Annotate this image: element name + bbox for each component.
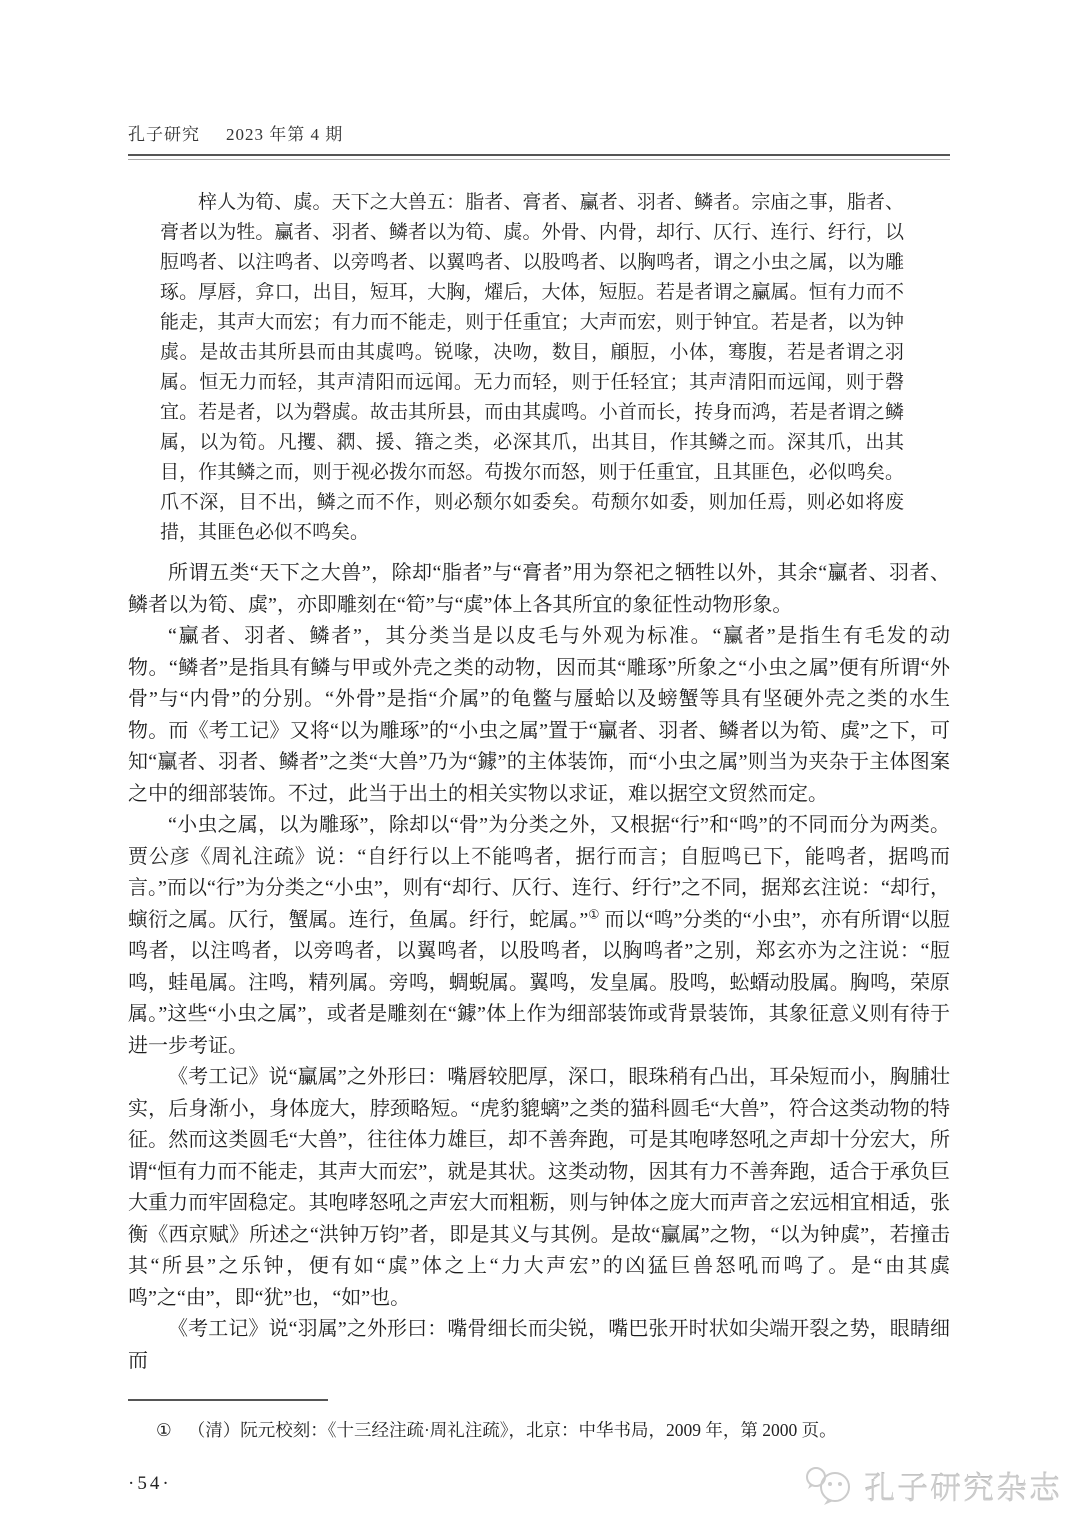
footnote-text: （清）阮元校刻：《十三经注疏·周礼注疏》，北京：中华书局，2009 年，第 20… <box>188 1420 837 1440</box>
journal-header: 孔子研究2023 年第 4 期 <box>128 120 950 145</box>
paragraph-1: 所谓五类“天下之大兽”，除却“脂者”与“膏者”用为祭祀之牺牲以外，其余“臝者、羽… <box>128 558 950 621</box>
footnote-marker: ① <box>156 1420 172 1440</box>
journal-page: 孔子研究2023 年第 4 期 梓人为筍、虡。天下之大兽五：脂者、膏者、臝者、羽… <box>0 0 1080 1526</box>
header-rule <box>128 154 950 160</box>
paragraph-4: 《考工记》说“臝属”之外形曰：嘴唇较肥厚，深口，眼珠稍有凸出，耳朵短而小，胸脯壮… <box>128 1062 950 1314</box>
journal-title: 孔子研究 <box>128 125 200 144</box>
paragraph-5: 《考工记》说“羽属”之外形曰：嘴骨细长而尖锐，嘴巴张开时状如尖端开裂之势，眼睛细… <box>128 1314 950 1377</box>
watermark-text: 孔子研究杂志 <box>864 1463 1062 1508</box>
issue-info: 2023 年第 4 期 <box>226 125 343 144</box>
footnote-ref-1: ① <box>588 907 599 921</box>
paragraph-2: “臝者、羽者、鳞者”，其分类当是以皮毛与外观为标准。“臝者”是指生有毛发的动物。… <box>128 621 950 810</box>
paragraph-3: “小虫之属，以为雕琢”，除却以“骨”为分类之外，又根据“行”和“鸣”的不同而分为… <box>128 810 950 1062</box>
watermark: 孔子研究杂志 <box>804 1463 1062 1508</box>
blockquote-kaogongji: 梓人为筍、虡。天下之大兽五：脂者、膏者、臝者、羽者、鳞者。宗庙之事，脂者、膏者以… <box>160 188 904 548</box>
wechat-logo-icon <box>804 1465 856 1507</box>
footnote-1: ①（清）阮元校刻：《十三经注疏·周礼注疏》，北京：中华书局，2009 年，第 2… <box>128 1417 950 1443</box>
footnote-separator <box>128 1399 328 1401</box>
